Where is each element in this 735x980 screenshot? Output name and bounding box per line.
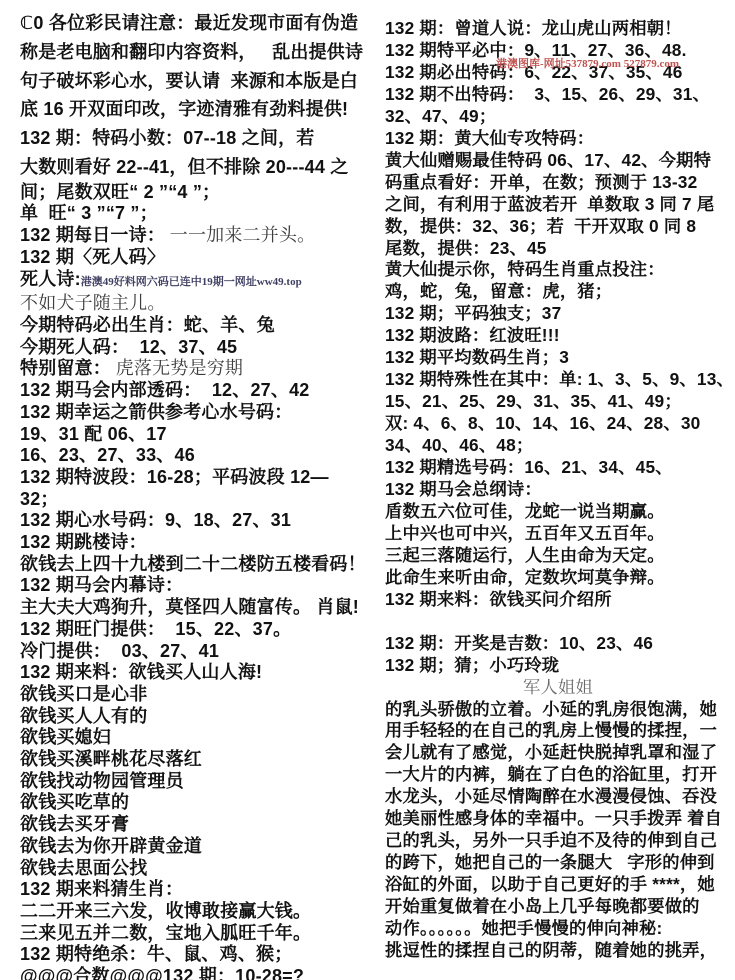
text-line: 欲钱去上四十九楼到二十二楼防五楼看码！ [20, 554, 364, 576]
text-segment: 一大片的内裤，躺在了白色的浴缸里，打开 [385, 764, 717, 784]
text-segment: 的乳头骄傲的立着。小延的乳房很饱满，她 [385, 699, 717, 719]
text-segment: 冷门提供： 03、27、41 [20, 641, 219, 661]
text-line: 此命生来听由命，定数坎坷莫争辩。 [385, 567, 731, 589]
right-column: 132 期：曾道人说：龙山虎山两相朝！132 期特平必中：9、11、27、36、… [368, 0, 735, 980]
text-segment: ℂ0 各位彩民请注意：最近发现市面有伪造 [20, 13, 358, 33]
text-segment: 句子破坏彩心水，要认请 来源和本版是白 [20, 71, 358, 91]
text-line: 黄大仙赠赐最佳特码 06、17、42、今期特 [385, 150, 731, 172]
text-line: 间；尾数双旺“ 2 ”“4 ”； [20, 182, 364, 204]
text-segment: 黄大仙赠赐最佳特码 06、17、42、今期特 [385, 150, 711, 170]
text-segment: 欲钱找动物园管理员 [20, 771, 184, 791]
text-line: 动作。。。。。。她把手慢慢的伸向神秘: [385, 918, 731, 940]
text-line: 今期特码必出生肖：蛇、羊、兔 [20, 315, 364, 337]
text-line: 欲钱买媳妇 [20, 727, 364, 749]
text-line: 132 期旺门提供： 15、22、37。 [20, 619, 364, 641]
text-segment: 黄大仙提示你，特码生肖重点投注： [385, 259, 665, 279]
text-segment: 尾数，提供：23、45 [385, 238, 547, 258]
text-line: 132 期平均数码生肖；3 [385, 347, 731, 369]
text-line: 132 期马会内幕诗： [20, 575, 364, 597]
text-line: 不如犬子随主儿。 [20, 293, 364, 315]
text-segment: 三来见五并二数，宝地入胍旺千年。 [20, 923, 311, 943]
text-line: ℂ0 各位彩民请注意：最近发现市面有伪造 [20, 9, 364, 38]
text-segment: 132 期；平码独支；37 [385, 303, 561, 323]
text-line: 双: 4、6、8、10、14、16、24、28、30 [385, 413, 731, 435]
text-segment: 一一加来二并头。 [165, 225, 315, 245]
text-segment: 码重点看好：开单，在数；预测于 13-32 [385, 172, 697, 192]
text-segment: 132 期旺门提供： 15、22、37。 [20, 619, 291, 639]
text-line: 132 期特波段：16-28；平码波段 12— [20, 467, 364, 489]
text-segment: 132 期马会总纲诗： [385, 479, 542, 499]
text-segment: 鸡，蛇，兔，留意：虎，猪； [385, 281, 612, 301]
text-line: 132 期每日一诗： 一一加来二并头。 [20, 225, 364, 247]
text-line: 主大夫大鸡狗升，莫怪四人随富传。 肖鼠! [20, 597, 364, 619]
text-segment: 132 期来料：欲钱买人山人海! [20, 662, 262, 682]
text-segment: 用手轻轻的在自己的乳房上慢慢的揉捏，一 [385, 720, 717, 740]
text-segment: 开始重复做着在小岛上几乎每晚都要做的 [385, 896, 700, 916]
text-segment: 挑逗性的揉捏自己的阴蒂，随着她的挑弄， [385, 940, 717, 960]
text-segment: 单 旺“ 3 ”“7 ”； [20, 203, 158, 223]
text-line: 底 16 开双面印改，字迹清雅有劲料提供! [20, 95, 364, 124]
text-line: 用手轻轻的在自己的乳房上慢慢的揉捏，一 [385, 720, 731, 742]
blank-line [385, 611, 731, 633]
text-line: 死人诗:港澳49好料网六码已连中19期一网址ww49.top [20, 269, 364, 294]
text-line: 军人姐姐 [385, 677, 731, 699]
text-segment: 水龙头，小延尽情陶醉在水漫漫侵蚀、吞没 [385, 786, 717, 806]
text-line: 句子破坏彩心水，要认请 来源和本版是白 [20, 67, 364, 96]
text-line: 鸡，蛇，兔，留意：虎，猪； [385, 281, 731, 303]
text-segment: 欲钱买口是心非 [20, 684, 147, 704]
text-line: 132 期幸运之箭供参考心水号码： [20, 402, 364, 424]
text-segment: 132 期马会内部透码： 12、27、42 [20, 380, 310, 400]
text-line: 132 期；平码独支；37 [385, 303, 731, 325]
text-line: 34、40、46、48； [385, 435, 731, 457]
text-segment: 称是老电脑和翻印内容资料， 乱出提供诗 [20, 42, 363, 62]
text-segment: 132 期马会内幕诗： [20, 575, 183, 595]
text-line: 132 期〈死人码〉 [20, 247, 364, 269]
text-segment: 死人诗: [20, 269, 81, 289]
text-line: 的乳头骄傲的立着。小延的乳房很饱满，她 [385, 699, 731, 721]
text-segment: 己的乳头，另外一只手迫不及待的伸到自己 [385, 830, 717, 850]
text-segment: 16、23、27、33、46 [20, 445, 195, 465]
text-line: 三起三落随运行，人生由命为天定。 [385, 545, 731, 567]
watermark-inline: 港澳49好料网六码已连中19期一网址ww49.top [81, 276, 302, 288]
left-column: ℂ0 各位彩民请注意：最近发现市面有伪造称是老电脑和翻印内容资料， 乱出提供诗句… [0, 0, 368, 980]
tips-sheet-page: ℂ0 各位彩民请注意：最近发现市面有伪造称是老电脑和翻印内容资料， 乱出提供诗句… [0, 0, 735, 980]
text-segment: 盾数五六位可佳，龙蛇一说当期赢。 [385, 501, 665, 521]
text-line: 32； [20, 489, 364, 511]
text-segment: 34、40、46、48； [385, 435, 533, 455]
text-line: 欲钱买吃草的 [20, 792, 364, 814]
text-segment: 132 期特波段：16-28；平码波段 12— [20, 467, 329, 487]
text-line: 称是老电脑和翻印内容资料， 乱出提供诗 [20, 38, 364, 67]
text-line: 132 期马会总纲诗： [385, 479, 731, 501]
text-line: 欲钱去买牙膏 [20, 814, 364, 836]
text-line: 数，提供：32、36；若 干开双取 0 同 8 [385, 216, 731, 238]
text-segment: 132 期心水号码：9、18、27、31 [20, 510, 291, 530]
text-line: 132 期：开奖是吉数：10、23、46 [385, 633, 731, 655]
text-line: 单 旺“ 3 ”“7 ”； [20, 203, 364, 225]
text-line: 码重点看好：开单，在数；预测于 13-32 [385, 172, 731, 194]
text-line: 她美丽性感身体的幸福中。一只手拨弄 着自 [385, 808, 731, 830]
text-segment: 三起三落随运行，人生由命为天定。 [385, 545, 665, 565]
text-segment: 132 期幸运之箭供参考心水号码： [20, 402, 292, 422]
text-segment: 132 期：曾道人说：龙山虎山两相朝！ [385, 18, 682, 38]
text-line: 欲钱买人人有的 [20, 706, 364, 728]
text-line: 一大片的内裤，躺在了白色的浴缸里，打开 [385, 764, 731, 786]
text-segment: 132 期不出特码： 3、15、26、29、31、 [385, 84, 710, 104]
text-segment: 今期特码必出生肖：蛇、羊、兔 [20, 315, 275, 335]
text-line: 欲钱找动物园管理员 [20, 771, 364, 793]
text-line: 之间，有利用于蓝波若开 单数取 3 同 7 尾 [385, 194, 731, 216]
text-segment: 132 期：特码小数：07--18 之间，若 [20, 128, 314, 148]
text-line: 欲钱买口是心非 [20, 684, 364, 706]
text-line: 开始重复做着在小岛上几乎每晚都要做的 [385, 896, 731, 918]
text-line: 19、31 配 06、17 [20, 424, 364, 446]
text-line: @@@合数@@@132 期：10-28=? [20, 966, 364, 980]
text-segment: 双: 4、6、8、10、14、16、24、28、30 [385, 413, 700, 433]
text-line: 会儿就有了感觉，小延赶快脱掉乳罩和湿了 [385, 742, 731, 764]
text-line: 15、21、25、29、31、35、41、49； [385, 391, 731, 413]
text-segment: 132 期：开奖是吉数：10、23、46 [385, 633, 653, 653]
text-line: 三来见五并二数，宝地入胍旺千年。 [20, 923, 364, 945]
text-segment: 132 期每日一诗： [20, 225, 165, 245]
text-segment: @@@合数@@@132 期：10-28=? [20, 966, 304, 980]
text-segment: 132 期来料：欲钱买问介绍所 [385, 589, 612, 609]
text-segment: 132 期特殊性在其中：单: 1、3、5、9、13、 [385, 369, 734, 389]
text-segment: 军人姐姐 [523, 678, 593, 697]
text-line: 132 期：特码小数：07--18 之间，若 [20, 124, 364, 153]
text-line: 132 期特绝杀：牛、鼠、鸡、猴； [20, 944, 364, 966]
text-segment: 主大夫大鸡狗升，莫怪四人随富传。 肖鼠! [20, 597, 359, 617]
text-segment: 会儿就有了感觉，小延赶快脱掉乳罩和湿了 [385, 742, 717, 762]
text-segment: 132 期波路：红波旺!!! [385, 325, 560, 345]
text-line: 欲钱去为你开辟黄金道 [20, 836, 364, 858]
text-segment: 大数则看好 22--41，但不排除 20---44 之 [20, 157, 348, 177]
text-line: 的跨下，她把自己的一条腿大 字形的伸到 [385, 852, 731, 874]
text-line: 冷门提供： 03、27、41 [20, 641, 364, 663]
text-segment: 底 16 开双面印改，字迹清雅有劲料提供! [20, 99, 348, 119]
text-segment: 132 期平均数码生肖；3 [385, 347, 569, 367]
text-line: 大数则看好 22--41，但不排除 20---44 之 [20, 153, 364, 182]
text-segment: 的跨下，她把自己的一条腿大 字形的伸到 [385, 852, 715, 872]
text-segment: 之间，有利用于蓝波若开 单数取 3 同 7 尾 [385, 194, 714, 214]
text-line: 尾数，提供：23、45 [385, 238, 731, 260]
text-segment: 欲钱买吃草的 [20, 792, 129, 812]
text-segment: 上中兴也可中兴，五百年又五百年。 [385, 523, 665, 543]
text-line: 132 期来料猜生肖： [20, 879, 364, 901]
text-segment: 欲钱买人人有的 [20, 706, 147, 726]
text-segment: 此命生来听由命，定数坎坷莫争辩。 [385, 567, 665, 587]
text-line: 己的乳头，另外一只手迫不及待的伸到自己 [385, 830, 731, 852]
text-segment: 欲钱买溪畔桃花尽落红 [20, 749, 202, 769]
text-line: 挑逗性的揉捏自己的阴蒂，随着她的挑弄， [385, 940, 731, 962]
text-segment: 间；尾数双旺“ 2 ”“4 ”； [20, 182, 220, 202]
text-segment: 欲钱买媳妇 [20, 727, 111, 747]
text-line: 特别留意： 虎落无势是穷期 [20, 358, 364, 380]
text-line: 132 期马会内部透码： 12、27、42 [20, 380, 364, 402]
text-segment: 132 期跳楼诗： [20, 532, 147, 552]
text-segment: 欲钱去思面公找 [20, 858, 147, 878]
text-segment: 浴缸的外面，以助于自己更好的手 ****，她 [385, 874, 715, 894]
text-line: 132 期波路：红波旺!!! [385, 325, 731, 347]
text-segment: 今期死人码： 12、37、45 [20, 337, 237, 357]
text-line: 132 期特殊性在其中：单: 1、3、5、9、13、 [385, 369, 731, 391]
text-line: 上中兴也可中兴，五百年又五百年。 [385, 523, 731, 545]
text-segment: 132 期来料猜生肖： [20, 879, 183, 899]
text-segment: 32、47、49； [385, 106, 496, 126]
text-line: 132 期；猜；小巧玲珑 [385, 655, 731, 677]
text-segment: 132 期：黄大仙专攻特码： [385, 128, 594, 148]
text-segment: 15、21、25、29、31、35、41、49； [385, 391, 682, 411]
text-segment: 动作。。。。。。她把手慢慢的伸向神秘: [385, 918, 662, 938]
text-line: 二二开来三六发，收博敢接赢大钱。 [20, 901, 364, 923]
text-line: 132 期：曾道人说：龙山虎山两相朝！ [385, 18, 731, 40]
text-segment: 虎落无势是穷期 [111, 358, 243, 378]
text-line: 132 期心水号码：9、18、27、31 [20, 510, 364, 532]
text-line: 今期死人码： 12、37、45 [20, 337, 364, 359]
text-segment: 132 期特绝杀：牛、鼠、鸡、猴； [20, 944, 292, 964]
text-line: 浴缸的外面，以助于自己更好的手 ****，她 [385, 874, 731, 896]
text-segment: 欲钱去为你开辟黄金道 [20, 836, 202, 856]
text-segment: 特别留意： [20, 358, 111, 378]
text-segment: 132 期〈死人码〉 [20, 247, 165, 267]
text-line: 132 期：黄大仙专攻特码： [385, 128, 731, 150]
text-segment: 32； [20, 489, 59, 509]
text-segment: 不如犬子随主儿。 [20, 293, 166, 313]
text-line: 132 期不出特码： 3、15、26、29、31、 [385, 84, 731, 106]
text-line: 欲钱买溪畔桃花尽落红 [20, 749, 364, 771]
watermark-top-right: 港澳图库-网址537879.com 527879.com [496, 55, 679, 71]
text-line: 黄大仙提示你，特码生肖重点投注： [385, 259, 731, 281]
text-segment: 19、31 配 06、17 [20, 424, 167, 444]
text-line: 16、23、27、33、46 [20, 445, 364, 467]
text-segment: 欲钱去买牙膏 [20, 814, 129, 834]
text-segment: 二二开来三六发，收博敢接赢大钱。 [20, 901, 311, 921]
text-segment: 132 期精选号码：16、21、34、45、 [385, 457, 673, 477]
text-line: 132 期跳楼诗： [20, 532, 364, 554]
text-segment: 数，提供：32、36；若 干开双取 0 同 8 [385, 216, 696, 236]
text-line: 132 期精选号码：16、21、34、45、 [385, 457, 731, 479]
text-segment: 她美丽性感身体的幸福中。一只手拨弄 着自 [385, 808, 722, 828]
text-line: 132 期来料：欲钱买人山人海! [20, 662, 364, 684]
text-line: 132 期来料：欲钱买问介绍所 [385, 589, 731, 611]
text-segment: 欲钱去上四十九楼到二十二楼防五楼看码！ [20, 554, 366, 574]
text-line: 盾数五六位可佳，龙蛇一说当期赢。 [385, 501, 731, 523]
text-line: 32、47、49； [385, 106, 731, 128]
text-segment: 132 期；猜；小巧玲珑 [385, 655, 559, 675]
text-line: 欲钱去思面公找 [20, 858, 364, 880]
text-line: 水龙头，小延尽情陶醉在水漫漫侵蚀、吞没 [385, 786, 731, 808]
